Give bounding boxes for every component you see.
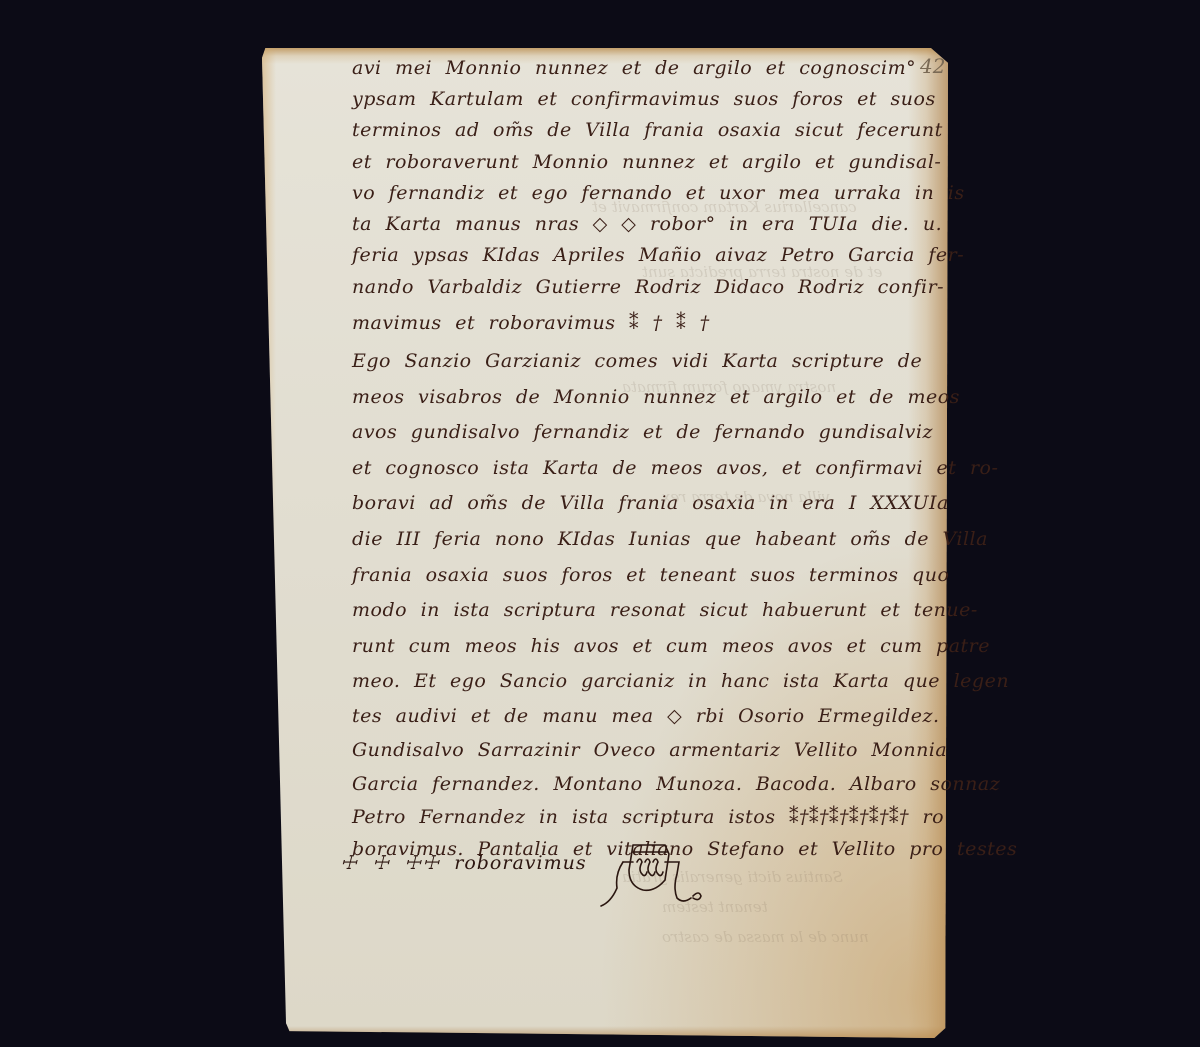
manuscript-line: ypsam Kartulam et confirmavimus suos for… bbox=[352, 88, 936, 110]
manuscript-line: terminos ad om̃s de Villa frania osaxia … bbox=[352, 119, 943, 141]
manuscript-line: feria ypsas KIdas Apriles Mañio aivaz Pe… bbox=[352, 244, 964, 266]
manuscript-line: meo. Et ego Sancio garcianiz in hanc ist… bbox=[352, 670, 1009, 692]
manuscript-line: boravi ad om̃s de Villa frania osaxia in… bbox=[352, 492, 949, 514]
bleed-through-text: nunc de la massa de castro bbox=[662, 928, 869, 946]
manuscript-line: Gundisalvo Sarrazinir Oveco armentariz V… bbox=[352, 739, 947, 761]
manuscript-line: ta Karta manus nras ◇ ◇ robor° in era TU… bbox=[352, 213, 942, 235]
manuscript-line: tes audivi et de manu mea ◇ rbi Osorio E… bbox=[352, 705, 940, 727]
manuscript-line: Ego Sanzio Garzianiz comes vidi Karta sc… bbox=[352, 350, 922, 372]
folio-number: 42 bbox=[920, 54, 945, 78]
manuscript-line: avi mei Monnio nunnez et de argilo et co… bbox=[352, 57, 916, 79]
manuscript-line: Garcia fernandez. Montano Munoza. Bacoda… bbox=[352, 773, 1000, 795]
manuscript-line: modo in ista scriptura resonat sicut hab… bbox=[352, 599, 978, 621]
manuscript-line: ☩ ☩ ☩☩ roboravimus bbox=[340, 852, 587, 874]
manuscript-line: et cognosco ista Karta de meos avos, et … bbox=[352, 457, 998, 479]
manuscript-line: meos visabros de Monnio nunnez et argilo… bbox=[352, 386, 960, 408]
manuscript-line: et roboraverunt Monnio nunnez et argilo … bbox=[352, 151, 941, 173]
manuscript-line: vo fernandiz et ego fernando et uxor mea… bbox=[352, 182, 965, 204]
manuscript-line: die III feria nono KIdas Iunias que habe… bbox=[352, 528, 988, 550]
manuscript-line: frania osaxia suos foros et teneant suos… bbox=[352, 564, 949, 586]
signum-monogram-icon bbox=[585, 840, 715, 920]
manuscript-line: avos gundisalvo fernandiz et de fernando… bbox=[352, 421, 933, 443]
manuscript-line: mavimus et roboravimus ⁑ † ⁑ † bbox=[352, 312, 710, 334]
manuscript-line: nando Varbaldiz Gutierre Rodriz Didaco R… bbox=[352, 276, 944, 298]
manuscript-line: runt cum meos his avos et cum meos avos … bbox=[352, 635, 990, 657]
manuscript-photo: cancellarius Kartam confirmavit et et de… bbox=[0, 0, 1200, 1047]
manuscript-line: Petro Fernandez in ista scriptura istos … bbox=[352, 806, 944, 828]
